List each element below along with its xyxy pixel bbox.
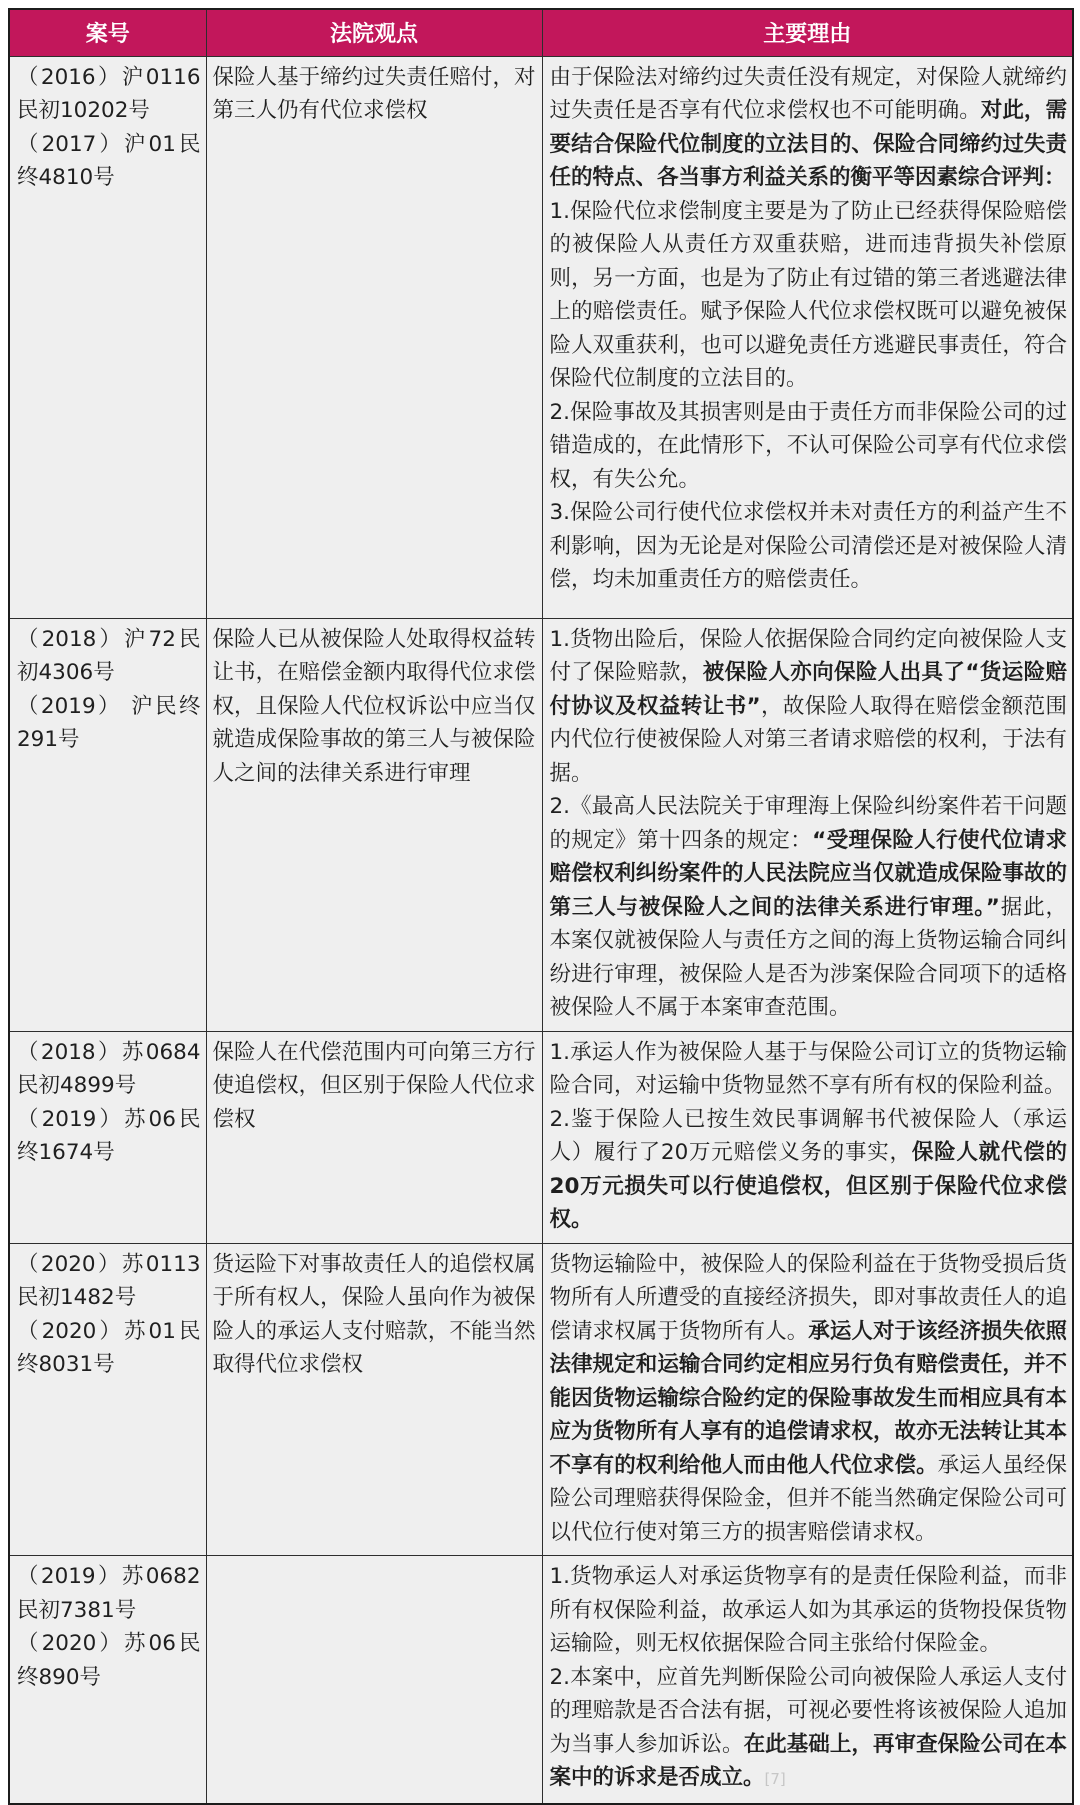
header-main-reason: 主要理由 — [542, 9, 1073, 56]
main-reason-cell: 1.货物承运人对承运货物享有的是责任保险利益，而非所有权保险利益，故承运人如为其… — [542, 1556, 1073, 1804]
case-number-cell: （2020）苏0113民初1482号（2020）苏01民终8031号 — [9, 1243, 206, 1556]
reason-paragraph: 1.货物承运人对承运货物享有的是责任保险利益，而非所有权保险利益，故承运人如为其… — [550, 1560, 1068, 1661]
reason-paragraph: 3.保险公司行使代位求偿权并未对责任方的利益产生不利影响，因为无论是对保险公司清… — [550, 496, 1068, 597]
case-number: （2017）沪01民终4810号 — [17, 128, 201, 195]
court-opinion-cell: 货运险下对事故责任人的追偿权属于所有权人，保险人虽向作为被保险人的承运人支付赔款… — [206, 1243, 542, 1556]
main-reason-cell: 1.货物出险后，保险人依据保险合同约定向被保险人支付了保险赔款，被保险人亦向保险… — [542, 618, 1073, 1031]
footnote-ref: [7] — [765, 1770, 786, 1788]
court-opinion-cell — [206, 1556, 542, 1804]
reason-paragraph: 2.本案中，应首先判断保险公司向被保险人承运人支付的理赔款是否合法有据，可视必要… — [550, 1661, 1068, 1797]
case-table-body: （2016）沪0116民初10202号（2017）沪01民终4810号保险人基于… — [9, 56, 1073, 1804]
reason-paragraph: 2.保险事故及其损害则是由于责任方而非保险公司的过错造成的，在此情形下，不认可保… — [550, 396, 1068, 497]
reason-segment: 1.承运人作为被保险人基于与保险公司订立的货物运输险合同，对运输中货物显然不享有… — [550, 1040, 1068, 1099]
court-opinion-cell: 保险人在代偿范围内可向第三方行使追偿权，但区别于保险人代位求偿权 — [206, 1031, 542, 1243]
table-row: （2020）苏0113民初1482号（2020）苏01民终8031号货运险下对事… — [9, 1243, 1073, 1556]
reason-paragraph: 1.货物出险后，保险人依据保险合同约定向被保险人支付了保险赔款，被保险人亦向保险… — [550, 623, 1068, 791]
reason-paragraph: 2.鉴于保险人已按生效民事调解书代被保险人（承运人）履行了20万元赔偿义务的事实… — [550, 1103, 1068, 1237]
case-number: （2018）苏0684民初4899号 — [17, 1036, 201, 1103]
reason-paragraph: 由于保险法对缔约过失责任没有规定，对保险人就缔约过失责任是否享有代位求偿权也不可… — [550, 61, 1068, 195]
legal-cases-table: 案号 法院观点 主要理由 （2016）沪0116民初10202号（2017）沪0… — [8, 8, 1074, 1805]
court-opinion-cell: 保险人基于缔约过失责任赔付，对第三人仍有代位求偿权 — [206, 56, 542, 618]
header-row: 案号 法院观点 主要理由 — [9, 9, 1073, 56]
case-number: （2020）苏01民终8031号 — [17, 1315, 201, 1382]
reason-segment: 1.货物承运人对承运货物享有的是责任保险利益，而非所有权保险利益，故承运人如为其… — [550, 1564, 1068, 1656]
legal-cases-table-container: 案号 法院观点 主要理由 （2016）沪0116民初10202号（2017）沪0… — [8, 8, 1074, 1805]
reason-paragraph: 货物运输险中，被保险人的保险利益在于货物受损后货物所有人所遭受的直接经济损失，即… — [550, 1248, 1068, 1550]
case-number: （2019）苏0682民初7381号 — [17, 1560, 201, 1627]
main-reason-cell: 由于保险法对缔约过失责任没有规定，对保险人就缔约过失责任是否享有代位求偿权也不可… — [542, 56, 1073, 618]
court-opinion-cell: 保险人已从被保险人处取得权益转让书，在赔偿金额内取得代位求偿权，且保险人代位权诉… — [206, 618, 542, 1031]
reason-segment: 2.保险事故及其损害则是由于责任方而非保险公司的过错造成的，在此情形下，不认可保… — [550, 400, 1068, 492]
reason-paragraph: 1.保险代位求偿制度主要是为了防止已经获得保险赔偿的被保险人从责任方双重获赔，进… — [550, 195, 1068, 396]
case-number: （2020）苏0113民初1482号 — [17, 1248, 201, 1315]
reason-segment: 3.保险公司行使代位求偿权并未对责任方的利益产生不利影响，因为无论是对保险公司清… — [550, 500, 1068, 592]
reason-paragraph: 2.《最高人民法院关于审理海上保险纠纷案件若干问题的规定》第十四条的规定：“受理… — [550, 790, 1068, 1025]
reason-paragraph: 1.承运人作为被保险人基于与保险公司订立的货物运输险合同，对运输中货物显然不享有… — [550, 1036, 1068, 1103]
table-row: （2019）苏0682民初7381号（2020）苏06民终890号1.货物承运人… — [9, 1556, 1073, 1804]
table-row: （2016）沪0116民初10202号（2017）沪01民终4810号保险人基于… — [9, 56, 1073, 618]
table-row: （2018）苏0684民初4899号（2019）苏06民终1674号保险人在代偿… — [9, 1031, 1073, 1243]
case-number-cell: （2019）苏0682民初7381号（2020）苏06民终890号 — [9, 1556, 206, 1804]
main-reason-cell: 1.承运人作为被保险人基于与保险公司订立的货物运输险合同，对运输中货物显然不享有… — [542, 1031, 1073, 1243]
header-case-number: 案号 — [9, 9, 206, 56]
case-number: （2019） 沪民终291号 — [17, 690, 201, 757]
header-court-opinion: 法院观点 — [206, 9, 542, 56]
reason-segment: 1.保险代位求偿制度主要是为了防止已经获得保险赔偿的被保险人从责任方双重获赔，进… — [550, 199, 1068, 392]
main-reason-cell: 货物运输险中，被保险人的保险利益在于货物受损后货物所有人所遭受的直接经济损失，即… — [542, 1243, 1073, 1556]
table-header: 案号 法院观点 主要理由 — [9, 9, 1073, 56]
case-number-cell: （2018）苏0684民初4899号（2019）苏06民终1674号 — [9, 1031, 206, 1243]
case-number-cell: （2018）沪72民初4306号（2019） 沪民终291号 — [9, 618, 206, 1031]
case-number: （2018）沪72民初4306号 — [17, 623, 201, 690]
case-number: （2020）苏06民终890号 — [17, 1627, 201, 1694]
case-number: （2019）苏06民终1674号 — [17, 1103, 201, 1170]
case-number: （2016）沪0116民初10202号 — [17, 61, 201, 128]
case-number-cell: （2016）沪0116民初10202号（2017）沪01民终4810号 — [9, 56, 206, 618]
table-row: （2018）沪72民初4306号（2019） 沪民终291号保险人已从被保险人处… — [9, 618, 1073, 1031]
